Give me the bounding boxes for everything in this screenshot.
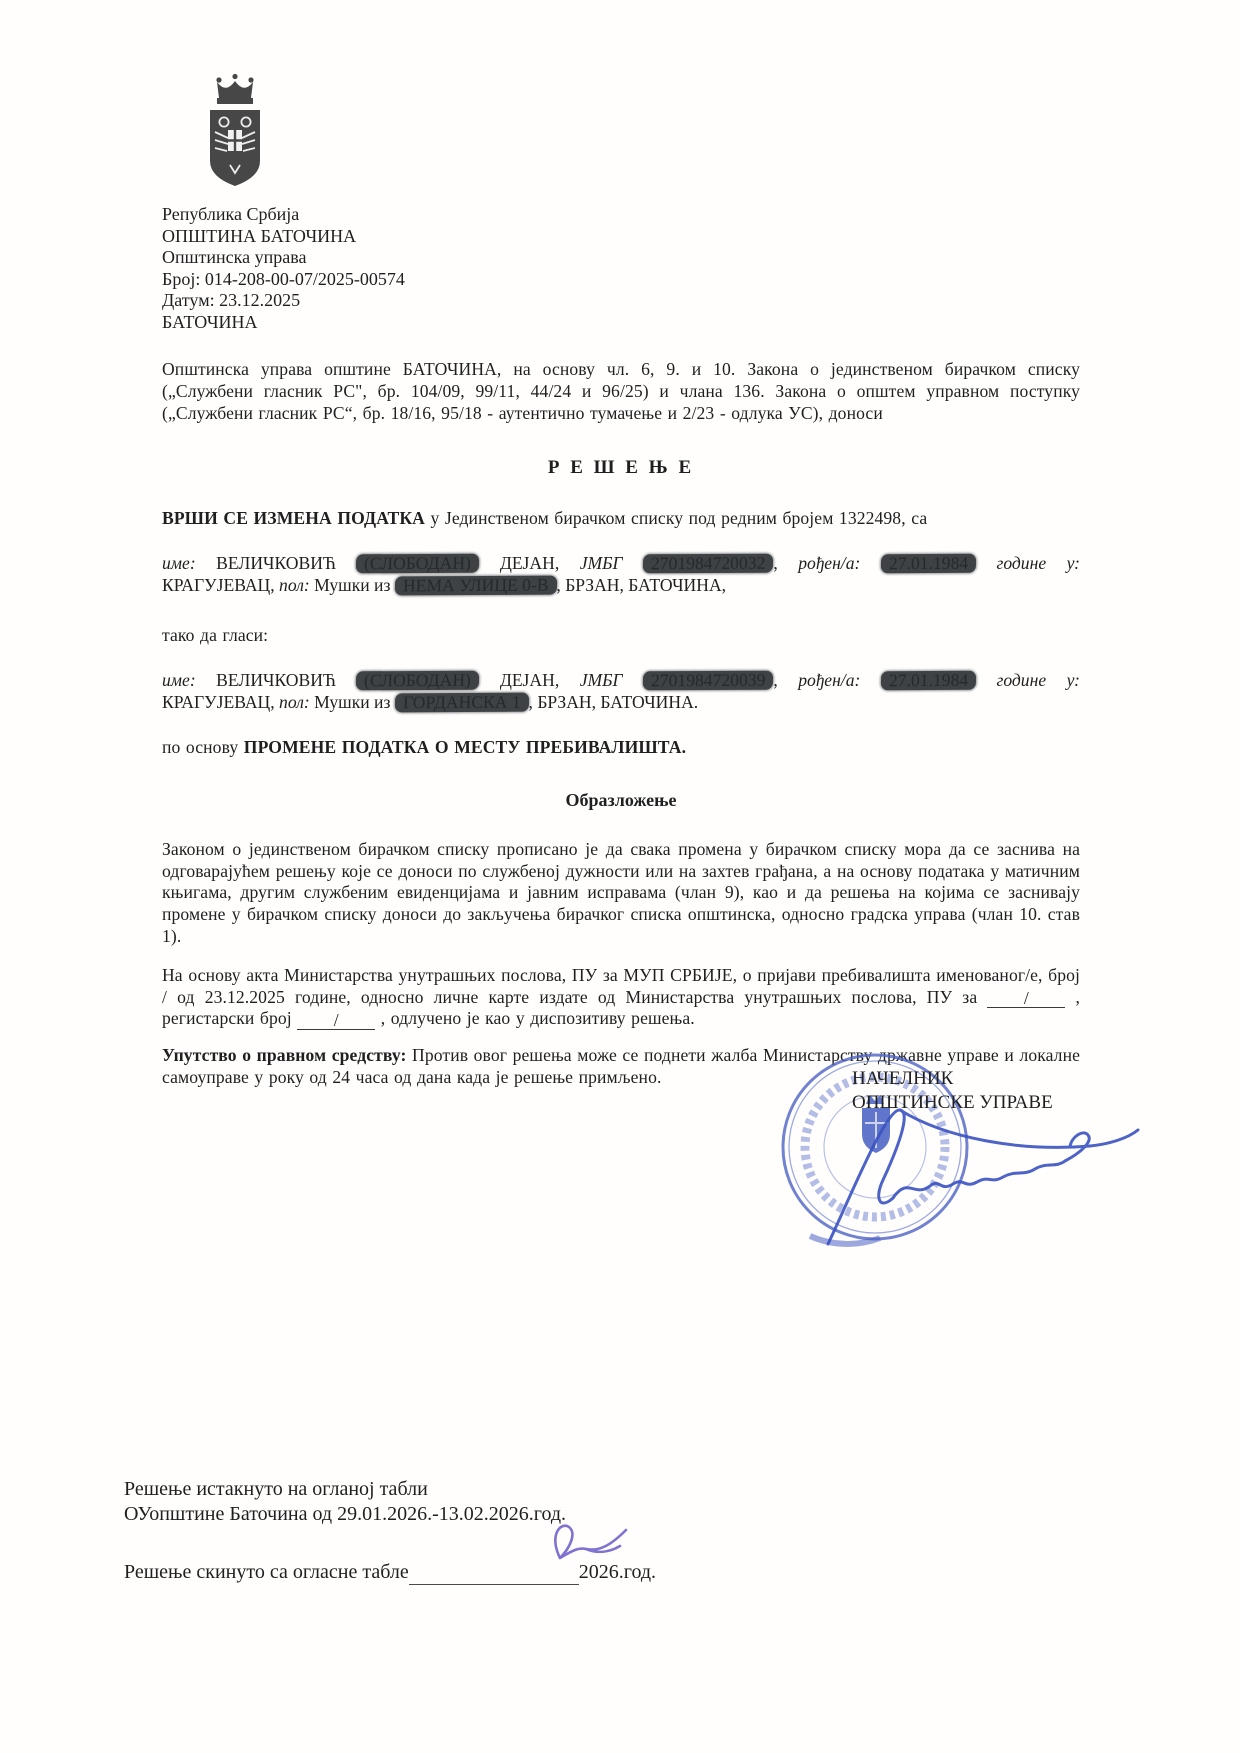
voter-record-old-line1: име: ВЕЛИЧКОВИЋ (СЛОБОДАН) ДЕЈАН, ЈМБГ 2… xyxy=(162,552,1080,574)
jmbg-label: ЈМБГ xyxy=(580,553,623,573)
letterhead-country: Република Србија xyxy=(162,204,1080,226)
birth-city: КРАГУЈЕВАЦ, xyxy=(162,575,275,595)
in-label: у: xyxy=(1067,670,1080,690)
removed-line-year: 2026.год. xyxy=(579,1561,656,1583)
voter-record-new-line1: име: ВЕЛИЧКОВИЋ (СЛОБОДАН) ДЕЈАН, ЈМБГ 2… xyxy=(162,669,1080,691)
signature-block: НАЧЕЛНИК ОПШТИНСКЕ УПРАВЕ xyxy=(690,1048,1160,1263)
redaction-bar: (СЛОБОДАН) xyxy=(356,671,479,691)
intro-paragraph: Општинска управа општине БАТОЧИНА, на ос… xyxy=(162,359,1080,424)
letterhead-case-number: Број: 014-208-00-07/2025-00574 xyxy=(162,269,1080,291)
signoff-title-line2: ОПШТИНСКЕ УПРАВЕ xyxy=(852,1092,1053,1113)
redaction-bar: 27.01.1984 xyxy=(881,671,977,690)
signoff-title-line1: НАЧЕЛНИК xyxy=(852,1068,954,1089)
redaction-bar: 2701984720032 xyxy=(643,554,774,574)
residence-rest: , БРЗАН, БАТОЧИНА, xyxy=(556,575,726,595)
disposition-rest: у Јединственом бирачком списку под редни… xyxy=(425,508,927,528)
letterhead-place: БАТОЧИНА xyxy=(162,312,1080,334)
voter-record-old: име: ВЕЛИЧКОВИЋ (СЛОБОДАН) ДЕЈАН, ЈМБГ 2… xyxy=(162,552,1080,596)
letterhead-date: Датум: 23.12.2025 xyxy=(162,290,1080,312)
removed-line-text: Решење скинуто са огласне табле xyxy=(124,1561,409,1583)
jmbg-label: ЈМБГ xyxy=(580,670,623,690)
letterhead-office: Општинска управа xyxy=(162,247,1080,269)
document-page: Република Србија ОПШТИНА БАТОЧИНА Општин… xyxy=(0,0,1240,1753)
interlude-line: тако да гласи: xyxy=(162,625,1080,647)
surname: ВЕЛИЧКОВИЋ xyxy=(216,553,336,573)
born-label: рођен/а: xyxy=(798,553,860,573)
form-blank-pu: / xyxy=(987,988,1065,1008)
explanation-title: Образложење xyxy=(162,790,1080,811)
basis-bold: ПРОМЕНЕ ПОДАТКА О МЕСТУ ПРЕБИВАЛИШТА. xyxy=(244,737,686,757)
comma: , xyxy=(773,553,777,573)
year-label: године xyxy=(996,670,1046,690)
serbia-coat-of-arms-icon xyxy=(204,73,266,188)
basis-lead: по основу xyxy=(162,737,244,757)
comma: , xyxy=(773,670,777,690)
redaction-bar: ГОРДАНСКА 1 xyxy=(395,693,529,713)
voter-record-new-line2: КРАГУЈЕВАЦ, пол: Мушки из ГОРДАНСКА 1, Б… xyxy=(162,691,1080,713)
redaction-bar: НЕМА УЛИЦЕ 0-В xyxy=(395,576,557,596)
sex-value: Мушки из xyxy=(314,692,390,712)
form-blank-reg-number: / xyxy=(297,1010,375,1030)
disposition-line: ВРШИ СЕ ИЗМЕНА ПОДАТКА у Јединственом би… xyxy=(162,508,1080,530)
explanation-paragraph-2: На основу акта Министарства унутрашњих п… xyxy=(162,965,1080,1030)
legal-remedy-bold: Упутство о правном средству: xyxy=(162,1045,406,1065)
birth-city: КРАГУЈЕВАЦ, xyxy=(162,692,275,712)
explanation-2-part3: , одлучено је као у диспозитиву решења. xyxy=(375,1008,695,1028)
basis-line: по основу ПРОМЕНЕ ПОДАТКА О МЕСТУ ПРЕБИВ… xyxy=(162,737,1080,759)
surname: ВЕЛИЧКОВИЋ xyxy=(216,670,336,690)
given-name: ДЕЈАН, xyxy=(500,553,559,573)
stamp-and-signature: НАЧЕЛНИК ОПШТИНСКЕ УПРАВЕ xyxy=(690,1048,1160,1263)
redaction-bar: 2701984720039 xyxy=(643,671,774,691)
form-blank-removed-date xyxy=(409,1563,579,1585)
disposition-bold: ВРШИ СЕ ИЗМЕНА ПОДАТКА xyxy=(162,508,425,528)
explanation-paragraph-1: Законом о јединственом бирачком списку п… xyxy=(162,839,1080,948)
sex-label: пол: xyxy=(279,692,310,712)
letterhead: Република Србија ОПШТИНА БАТОЧИНА Општин… xyxy=(162,204,1080,333)
voter-record-old-line2: КРАГУЈЕВАЦ, пол: Мушки из НЕМА УЛИЦЕ 0-В… xyxy=(162,574,1080,596)
letterhead-municipality: ОПШТИНА БАТОЧИНА xyxy=(162,226,1080,248)
redaction-bar: (СЛОБОДАН) xyxy=(356,554,479,574)
sex-value: Мушки из xyxy=(314,575,390,595)
year-label: године xyxy=(996,553,1046,573)
handwritten-initial-icon xyxy=(540,1516,632,1564)
posted-line-1: Решење истакнуто на огланој табли xyxy=(124,1477,1024,1502)
name-label: име: xyxy=(162,670,196,690)
given-name: ДЕЈАН, xyxy=(500,670,559,690)
residence-rest: , БРЗАН, БАТОЧИНА. xyxy=(529,692,699,712)
name-label: име: xyxy=(162,553,196,573)
born-label: рођен/а: xyxy=(798,670,860,690)
document-content: Република Србија ОПШТИНА БАТОЧИНА Општин… xyxy=(162,73,1080,1089)
redaction-bar: 27.01.1984 xyxy=(881,554,977,573)
sex-label: пол: xyxy=(279,575,310,595)
in-label: у: xyxy=(1067,553,1080,573)
explanation-2-part1: На основу акта Министарства унутрашњих п… xyxy=(162,965,1080,1007)
voter-record-new: име: ВЕЛИЧКОВИЋ (СЛОБОДАН) ДЕЈАН, ЈМБГ 2… xyxy=(162,669,1080,713)
document-title: Р Е Ш Е Њ Е xyxy=(162,457,1080,479)
